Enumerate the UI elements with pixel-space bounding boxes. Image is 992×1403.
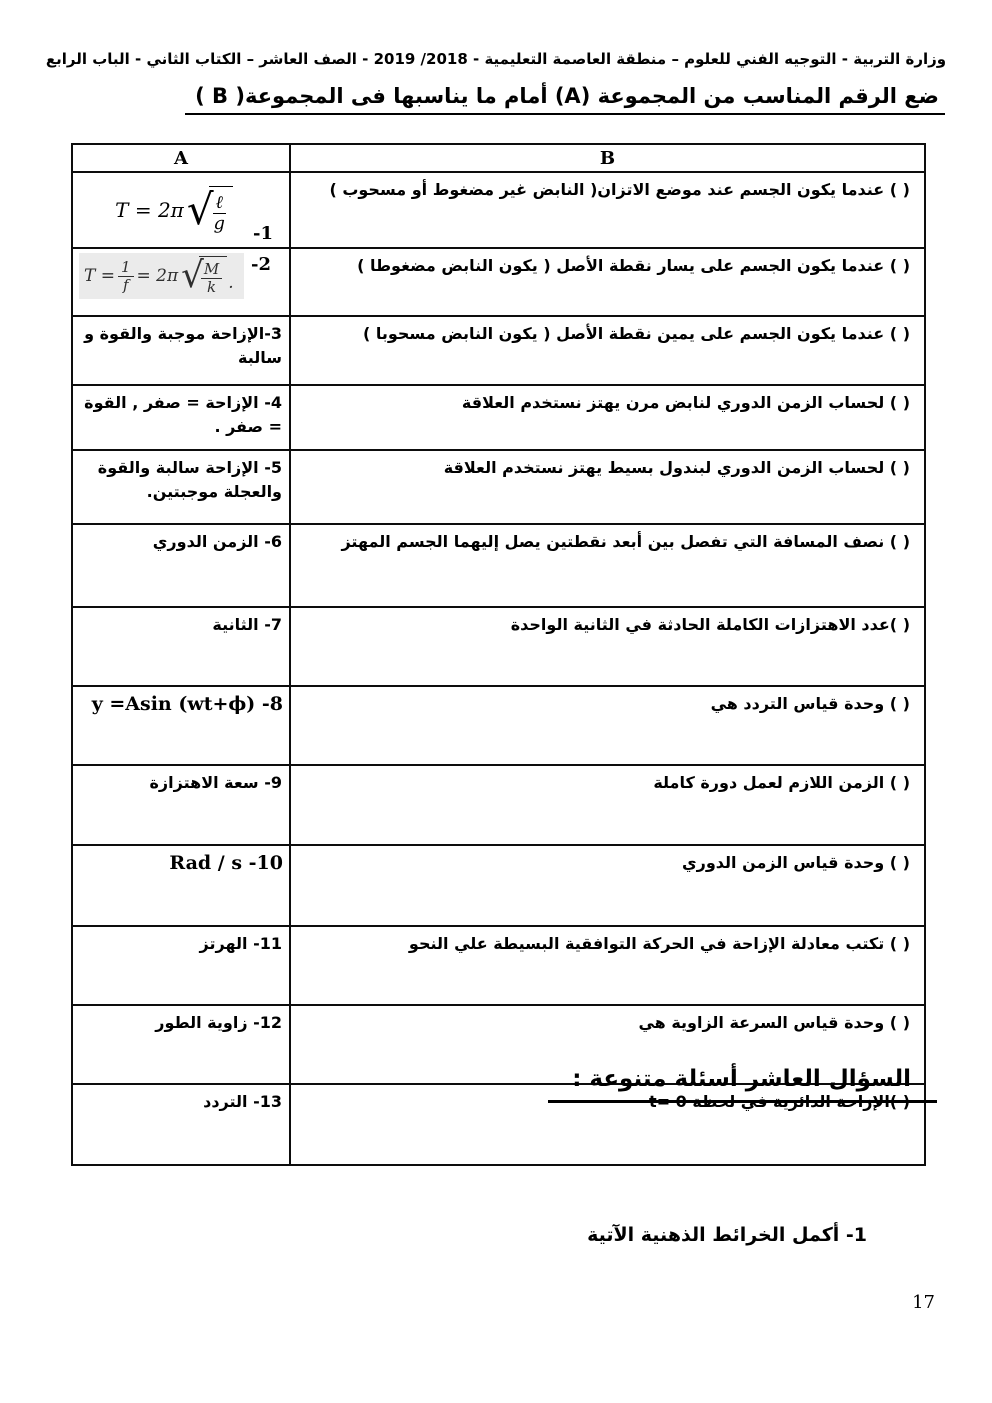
col-a-item-1: T = 2π √ℓg -1 <box>72 172 290 248</box>
formula-numerator: 1 <box>118 259 134 277</box>
formula-denominator: f <box>120 277 132 294</box>
frequency-fraction: 1f <box>118 259 134 294</box>
page-title: ضع الرقم المناسب من المجموعة (A) أمام ما… <box>0 84 992 115</box>
table-row: 9- سعة الاهتزازة ( ) الزمن اللازم لعمل د… <box>72 765 925 845</box>
col-b-item-1: ( ) عندما يكون الجسم عند موضع الاتزان( ا… <box>290 172 925 248</box>
col-a-item-10: Rad / s -10 <box>72 845 290 926</box>
col-a-item-11: 11- الهرتز <box>72 926 290 1005</box>
col-b-item-8: ( ) وحدة قياس التردد هي <box>290 686 925 765</box>
col-b-item-2: ( ) عندما يكون الجسم على يسار نقطة الأصل… <box>290 248 925 316</box>
col-a-item-6: 6- الزمن الدوري <box>72 524 290 607</box>
page-number: 17 <box>912 1292 935 1313</box>
pendulum-period-formula: T = 2π √ℓg -1 <box>73 173 289 247</box>
spring-period-formula: T = 1f = 2π √Mk . -2 <box>73 249 289 315</box>
section-heading: السؤال العاشر أسئلة متنوعة : <box>548 1066 937 1103</box>
worksheet-page: { "page": { "header_line": "وزارة التربي… <box>0 0 992 1403</box>
table-header-row: A B <box>72 144 925 172</box>
table-row: T = 1f = 2π √Mk . -2 ( ) عندما يكون الجس… <box>72 248 925 316</box>
radical: √Mk <box>181 256 227 296</box>
table-row: 5- الإزاحة سالبة والقوة والعجلة موجبتين.… <box>72 450 925 524</box>
table-row: 6- الزمن الدوري ( ) نصف المسافة التي تفص… <box>72 524 925 607</box>
formula-mid: = 2π <box>137 267 179 286</box>
col-b-item-10: ( ) وحدة قياس الزمن الدوري <box>290 845 925 926</box>
col-a-item-12: 12- زاوية الطور <box>72 1005 290 1084</box>
formula-numerator: M <box>201 261 222 279</box>
table-row: y =Asin (wt+ϕ) -8 ( ) وحدة قياس التردد ه… <box>72 686 925 765</box>
table-row: 11- الهرتز ( ) تكتب معادلة الإزاحة في ال… <box>72 926 925 1005</box>
col-a-item-9: 9- سعة الاهتزازة <box>72 765 290 845</box>
col-a-item-8: y =Asin (wt+ϕ) -8 <box>72 686 290 765</box>
table-row: 3-الإزاحة موجبة والقوة و سالبة ( ) عندما… <box>72 316 925 385</box>
table-row: 4- الإزاحة = صفر , القوة = صفر . ( ) لحس… <box>72 385 925 450</box>
table-row: Rad / s -10 ( ) وحدة قياس الزمن الدوري <box>72 845 925 926</box>
formula-lead: T = 2π <box>115 199 184 221</box>
col-a-item-2: T = 1f = 2π √Mk . -2 <box>72 248 290 316</box>
col-b-item-7: ( )عدد الاهتزازات الكاملة الحادثة في الث… <box>290 607 925 686</box>
matching-table: A B T = 2π √ℓg -1 ( ) عندما يكون الجسم ع… <box>71 143 926 1166</box>
col-a-item-4: 4- الإزاحة = صفر , القوة = صفر . <box>72 385 290 450</box>
page-title-text: ضع الرقم المناسب من المجموعة (A) أمام ما… <box>185 84 945 115</box>
col-a-item-5: 5- الإزاحة سالبة والقوة والعجلة موجبتين. <box>72 450 290 524</box>
radical: √ℓg <box>187 186 233 234</box>
formula-denominator: g <box>211 214 228 234</box>
col-b-item-6: ( ) نصف المسافة التي تفصل بين أبعد نقطتي… <box>290 524 925 607</box>
column-header-b: B <box>290 144 925 172</box>
table-row: 7- الثانية ( )عدد الاهتزازات الكاملة الح… <box>72 607 925 686</box>
column-header-a: A <box>72 144 290 172</box>
document-header-line: وزارة التربية - التوجيه الفني للعلوم – م… <box>0 50 992 68</box>
col-b-item-11: ( ) تكتب معادلة الإزاحة في الحركة التواف… <box>290 926 925 1005</box>
formula-denominator: k <box>204 279 219 296</box>
mind-map-instruction: 1- أكمل الخرائط الذهنية الآتية <box>587 1224 867 1246</box>
col-b-item-4: ( ) لحساب الزمن الدوري لنابض مرن يهتز نس… <box>290 385 925 450</box>
table-row: T = 2π √ℓg -1 ( ) عندما يكون الجسم عند م… <box>72 172 925 248</box>
item-number-2: -2 <box>251 254 271 275</box>
col-b-item-9: ( ) الزمن اللازم لعمل دورة كاملة <box>290 765 925 845</box>
formula-period-mark: . <box>228 274 233 293</box>
formula-numerator: ℓ <box>213 193 226 214</box>
formula-lead: T = <box>84 267 115 286</box>
col-a-item-3: 3-الإزاحة موجبة والقوة و سالبة <box>72 316 290 385</box>
col-b-item-3: ( ) عندما يكون الجسم على يمين نقطة الأصل… <box>290 316 925 385</box>
col-a-item-13: 13- التردد <box>72 1084 290 1165</box>
col-b-item-5: ( ) لحساب الزمن الدوري لبندول بسيط يهتز … <box>290 450 925 524</box>
col-a-item-7: 7- الثانية <box>72 607 290 686</box>
item-number-1: -1 <box>253 223 273 244</box>
